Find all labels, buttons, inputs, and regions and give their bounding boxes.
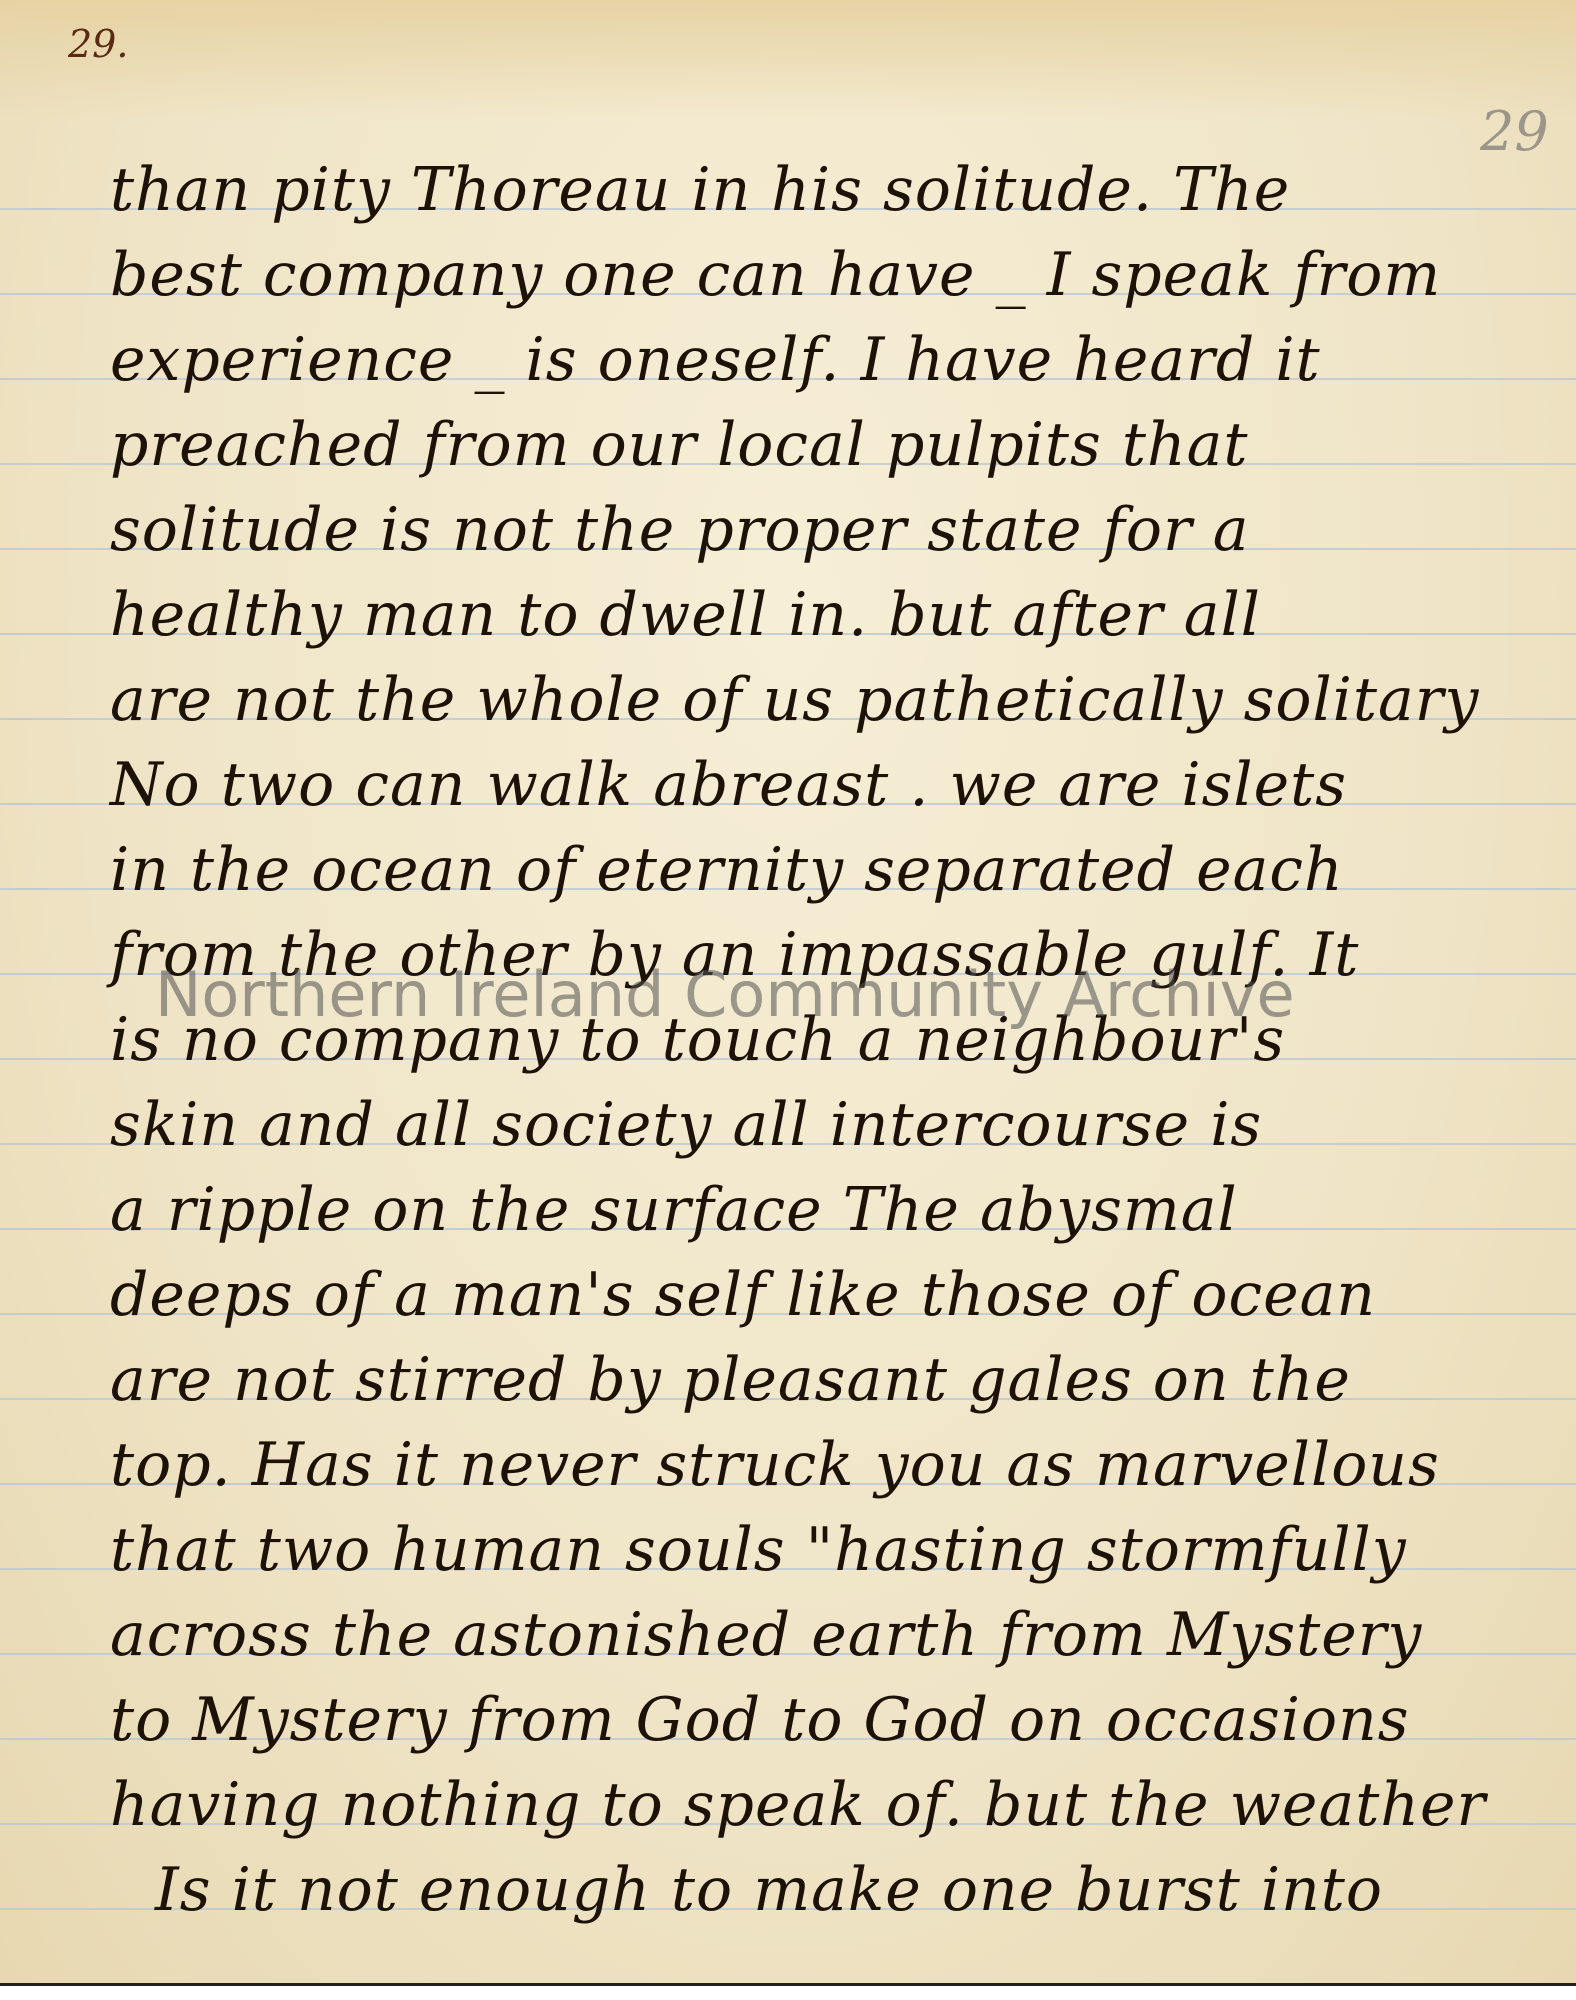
handwritten-line: preached from our local pulpits that bbox=[110, 415, 1249, 475]
handwritten-line: deeps of a man's self like those of ocea… bbox=[110, 1265, 1376, 1325]
page-number-pencil: 29 bbox=[1480, 100, 1549, 163]
handwritten-line: skin and all society all intercourse is bbox=[110, 1095, 1262, 1155]
handwritten-line: experience _ is oneself. I have heard it bbox=[110, 330, 1321, 390]
handwritten-line: best company one can have _ I speak from bbox=[110, 245, 1441, 305]
handwritten-line: are not stirred by pleasant gales on the bbox=[110, 1350, 1351, 1410]
handwritten-line: than pity Thoreau in his solitude. The bbox=[110, 160, 1290, 220]
archive-watermark: Northern Ireland Community Archive bbox=[155, 958, 1295, 1031]
manuscript-page: 29. 29 than pity Thoreau in his solitude… bbox=[0, 0, 1576, 1985]
handwritten-line: are not the whole of us pathetically sol… bbox=[110, 670, 1479, 730]
page-number-ink: 29. bbox=[68, 22, 128, 66]
page-bottom-edge bbox=[0, 1983, 1576, 2000]
handwritten-line: to Mystery from God to God on occasions bbox=[110, 1690, 1410, 1750]
handwritten-line: solitude is not the proper state for a bbox=[110, 500, 1249, 560]
handwritten-line: that two human souls "hasting stormfully bbox=[110, 1520, 1407, 1580]
handwritten-line: across the astonished earth from Mystery bbox=[110, 1605, 1422, 1665]
handwritten-line: No two can walk abreast . we are islets bbox=[110, 755, 1347, 815]
handwritten-line: healthy man to dwell in. but after all bbox=[110, 585, 1261, 645]
handwritten-line: Is it not enough to make one burst into bbox=[155, 1860, 1383, 1920]
handwritten-line: a ripple on the surface The abysmal bbox=[110, 1180, 1238, 1240]
handwritten-line: top. Has it never struck you as marvello… bbox=[110, 1435, 1440, 1495]
handwritten-line: having nothing to speak of. but the weat… bbox=[110, 1775, 1486, 1835]
handwritten-line: in the ocean of eternity separated each bbox=[110, 840, 1344, 900]
